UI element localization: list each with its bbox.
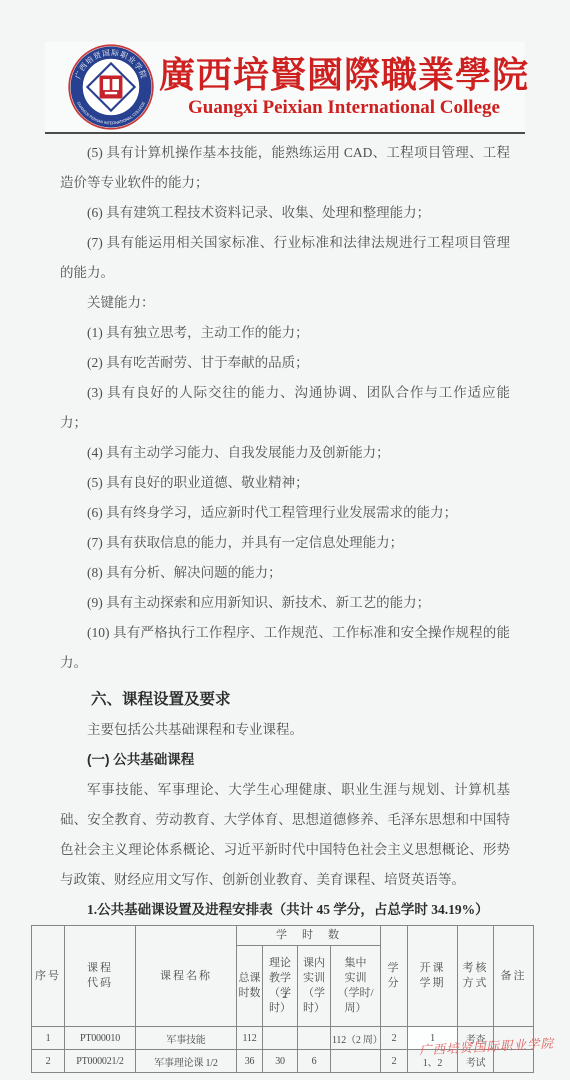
col-header-total-hours: 总课 时数	[237, 946, 263, 1027]
college-titles: 廣西培賢國際職業學院 Guangxi Peixian International…	[155, 55, 529, 118]
table-cell: 军事技能	[136, 1027, 237, 1050]
col-header-name: 课程名称	[136, 926, 237, 1027]
paragraph: (5) 具有计算机操作基本技能，能熟练运用 CAD、工程项目管理、工程造价等专业…	[60, 138, 510, 198]
table-cell: 30	[263, 1050, 298, 1073]
paragraph: (2) 具有吃苦耐劳、甘于奉献的品质；	[60, 348, 510, 378]
section-heading: 六、课程设置及要求	[60, 685, 510, 715]
content-blocks: (5) 具有计算机操作基本技能，能熟练运用 CAD、工程项目管理、工程造价等专业…	[60, 138, 510, 895]
table-cell: 36	[237, 1050, 263, 1073]
col-header-note: 备注	[494, 926, 534, 1027]
paragraph: (6) 具有建筑工程技术资料记录、收集、处理和整理能力；	[60, 198, 510, 228]
table-cell: 军事理论课 1/2	[136, 1050, 237, 1073]
table-caption: 1.公共基础课设置及进程安排表（共计 45 学分，占总学时 34.19%）	[60, 895, 510, 925]
table-cell: 2	[32, 1050, 65, 1073]
table-cell	[298, 1027, 331, 1050]
paragraph: (10) 具有严格执行工作程序、工作规范、工作标准和安全操作规程的能力。	[60, 618, 510, 678]
paragraph: (3) 具有良好的人际交往的能力、沟通协调、团队合作与工作适应能力；	[60, 378, 510, 438]
paragraph: (5) 具有良好的职业道德、敬业精神；	[60, 468, 510, 498]
paragraph: (6) 具有终身学习，适应新时代工程管理行业发展需求的能力；	[60, 498, 510, 528]
college-name-zh: 廣西培賢國際職業學院	[159, 55, 529, 95]
col-header-semester: 开课 学期	[408, 926, 458, 1027]
paragraph: (7) 具有获取信息的能力，并具有一定信息处理能力；	[60, 528, 510, 558]
table-cell: 2	[381, 1050, 408, 1073]
table-cell: PT000021/2	[65, 1050, 136, 1073]
college-header: 广西培贤国际职业学院 GUANGXI PEIXIAN INTERNATIONAL…	[45, 42, 525, 132]
col-header-credits: 学分	[381, 926, 408, 1027]
col-header-concentrated-hours: 集中 实训 （学时/ 周）	[331, 946, 381, 1027]
paragraph: 军事技能、军事理论、大学生心理健康、职业生涯与规划、计算机基础、安全教育、劳动教…	[60, 775, 510, 895]
page-number: 2	[0, 989, 570, 1001]
col-header-seq: 序号	[32, 926, 65, 1027]
college-name-en: Guangxi Peixian International College	[159, 97, 529, 119]
paragraph: (4) 具有主动学习能力、自我发展能力及创新能力；	[60, 438, 510, 468]
col-header-assessment: 考核 方式	[458, 926, 494, 1027]
paragraph: (8) 具有分析、解决问题的能力；	[60, 558, 510, 588]
table-cell: 1	[32, 1027, 65, 1050]
section-heading: (一) 公共基础课程	[60, 745, 510, 775]
college-logo: 广西培贤国际职业学院 GUANGXI PEIXIAN INTERNATIONAL…	[67, 43, 155, 131]
table-cell: 112（2 周）	[331, 1027, 381, 1050]
paragraph: (1) 具有独立思考，主动工作的能力；	[60, 318, 510, 348]
table-cell: 2	[381, 1027, 408, 1050]
col-header-code: 课程 代码	[65, 926, 136, 1027]
paragraph: (9) 具有主动探索和应用新知识、新技术、新工艺的能力；	[60, 588, 510, 618]
document-page: 广西培贤国际职业学院 GUANGXI PEIXIAN INTERNATIONAL…	[0, 0, 570, 1080]
table-cell: 6	[298, 1050, 331, 1073]
table-cell	[331, 1050, 381, 1073]
paragraph: 关键能力：	[60, 288, 510, 318]
col-header-theory-hours: 理论 教学 （学 时）	[263, 946, 298, 1027]
document-content: (5) 具有计算机操作基本技能，能熟练运用 CAD、工程项目管理、工程造价等专业…	[60, 138, 510, 1073]
paragraph: (7) 具有能运用相关国家标准、行业标准和法律法规进行工程项目管理的能力。	[60, 228, 510, 288]
table-cell: PT000010	[65, 1027, 136, 1050]
paragraph: 主要包括公共基础课程和专业课程。	[60, 715, 510, 745]
col-header-practice-hours: 课内 实训 （学 时）	[298, 946, 331, 1027]
col-group-hours: 学 时 数	[237, 926, 381, 946]
table-cell: 112	[237, 1027, 263, 1050]
college-seal-icon: 广西培贤国际职业学院 GUANGXI PEIXIAN INTERNATIONAL…	[67, 43, 155, 131]
table-cell	[263, 1027, 298, 1050]
header-divider	[45, 132, 525, 134]
